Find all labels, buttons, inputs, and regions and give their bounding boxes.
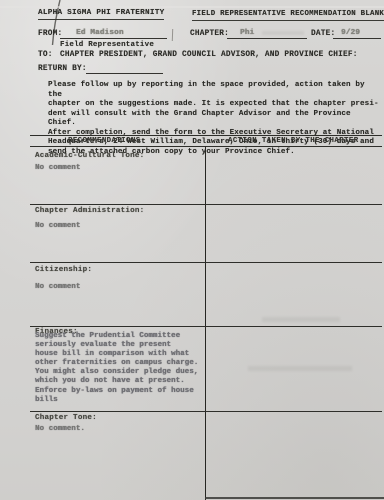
date-label: DATE: [311,30,335,38]
section-recommendation: No comment. [35,425,200,434]
from-blank-line [60,38,167,39]
to-label: TO: [38,51,53,59]
section-separator [30,411,382,412]
chapter-value: Phi [240,29,254,37]
return-by-label: RETURN BY: [38,65,87,73]
from-label: FROM: [38,30,62,38]
section-separator [30,262,382,263]
section-separator [30,204,382,205]
column-divider [205,146,206,500]
return-by-blank-line [86,73,163,74]
to-value: CHAPTER PRESIDENT, GRAND COUNCIL ADVISOR… [60,51,358,59]
section-separator [30,326,382,327]
chapter-blank-line [227,38,307,39]
scan-smudge [248,366,352,371]
from-caption: Field Representative [60,41,154,49]
scan-streak [0,6,384,8]
section-recommendation: Suggest the Prudential Committee serious… [35,332,205,405]
pen-tick [172,29,174,41]
section-recommendation: No comment [35,222,200,231]
scan-smudge [262,317,340,322]
form-title-left: ALPHA SIGMA PHI FRATERNITY [38,9,164,20]
section-title: Citizenship: [35,266,92,274]
chapter-ghost-text [262,31,304,35]
bottom-edge-rule [205,497,384,499]
date-value: 9/29 [341,29,360,37]
from-value: Ed Madison [76,29,124,37]
date-blank-line [333,38,381,39]
section-recommendation: No comment [35,164,200,173]
chapter-label: CHAPTER: [190,30,229,38]
form-title-right: FIELD REPRESENTATIVE RECOMMENDATION BLAN… [192,10,384,21]
section-title: Academic-Cultural Tone: [35,152,144,160]
section-recommendation: No comment [35,283,200,292]
table-top-rule [30,135,382,136]
scanned-form-page: ALPHA SIGMA PHI FRATERNITY FIELD REPRESE… [0,0,384,500]
section-title: Chapter Administration: [35,207,144,215]
section-title: Chapter Tone: [35,414,97,422]
